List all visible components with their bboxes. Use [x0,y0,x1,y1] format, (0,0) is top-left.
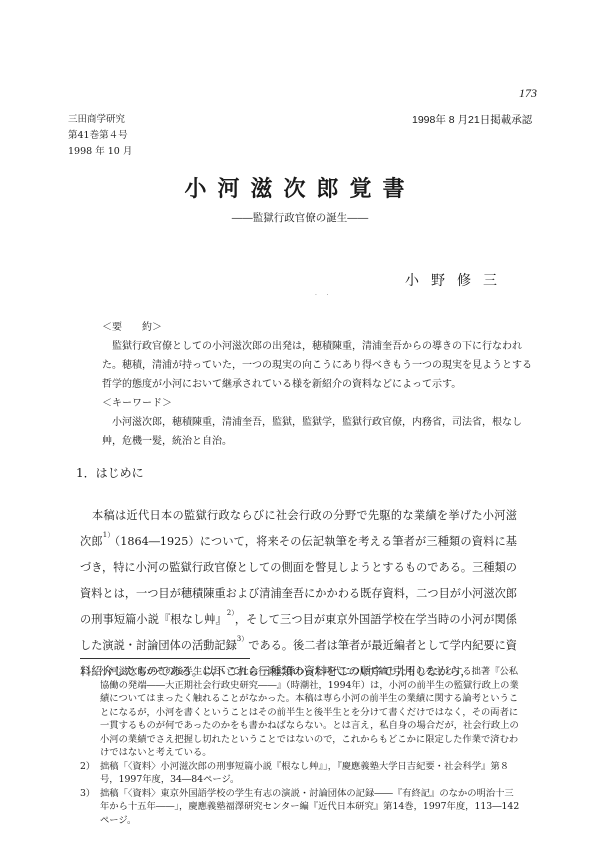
footnote-number: 3） [80,787,95,801]
footnotes: 1） 小河滋次郎がその後半生において社会行政に係わった時代について論じたものを主… [80,665,520,827]
footnote-2: 2） 拙稿「〈資料〉小河滋次郎の刑事短篇小説『根なし艸』」，『慶應義塾大学日吉紀… [80,760,520,787]
paper-title: 小河滋次郎覚書 [0,172,600,203]
footnote-1: 1） 小河滋次郎がその後半生において社会行政に係わった時代について論じたものを主… [80,665,520,760]
footnote-ref-1[interactable]: 1） [103,531,115,539]
keywords: ＜キーワード＞ 小河滋次郎，穂積陳重，清浦奎吾，監獄，監獄学，監獄行政官僚，内務… [102,394,534,451]
approval-date: 1998年 8 月21日掲載承認 [412,112,532,127]
volume-issue: 第41巻第４号 [68,128,132,144]
abstract-label: ＜要 約＞ [102,318,534,337]
journal-info: 三田商学研究 第41巻第４号 1998 年 10 月 [68,112,132,160]
scan-mark: · · [315,292,328,299]
footnote-number: 1） [80,665,95,679]
footnote-number: 2） [80,760,95,774]
keywords-label: ＜キーワード＞ [102,394,534,413]
keywords-text: 小河滋次郎，穂積陳重，清浦奎吾，監獄，監獄学，監獄行政官僚，内務省，司法省，根な… [102,413,534,451]
footnote-divider [80,658,250,659]
abstract: ＜要 約＞ 監獄行政官僚としての小河滋次郎の出発は，穂積陳重，清浦奎吾からの導き… [102,318,534,394]
footnote-3: 3） 拙稿「〈資料〉東京外国語学校の学生有志の演説・討論団体の記録――『有終記』… [80,787,520,828]
section-heading: 1．はじめに [76,464,144,481]
page-number: 173 [519,86,537,101]
footnote-text: 拙稿「〈資料〉東京外国語学校の学生有志の演説・討論団体の記録――『有終記』のなか… [100,788,519,826]
footnote-ref-3[interactable]: 3） [237,635,248,643]
footnote-text: 小河滋次郎がその後半生において社会行政に係わった時代について論じたものを主とする… [100,666,519,758]
author-name: 小野修三 [405,270,509,290]
footnote-text: 拙稿「〈資料〉小河滋次郎の刑事短篇小説『根なし艸』」，『慶應義塾大学日吉紀要・社… [100,761,509,786]
journal-name: 三田商学研究 [68,112,132,128]
abstract-text: 監獄行政官僚としての小河滋次郎の出発は，穂積陳重，清浦奎吾からの導きの下に行なわ… [102,337,534,394]
issue-date: 1998 年 10 月 [68,144,132,160]
footnote-ref-2[interactable]: 2） [227,609,235,617]
paper-subtitle: ――監獄行政官僚の誕生―― [0,210,600,225]
